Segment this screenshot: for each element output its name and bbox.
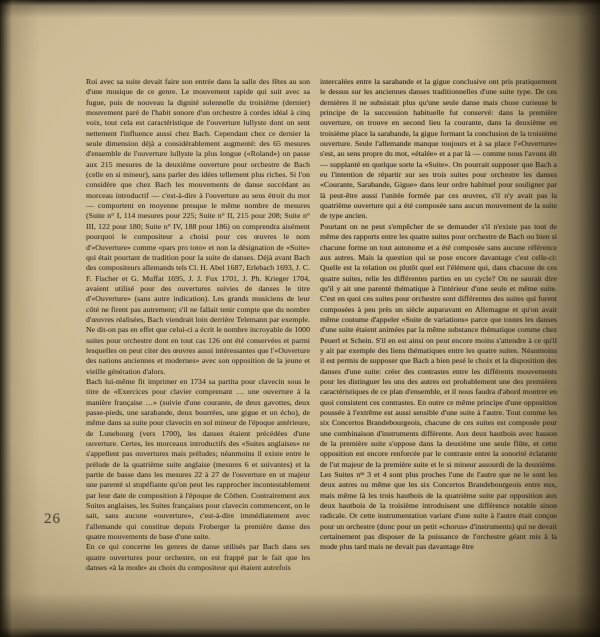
book-page-photo: 26 Roi avec sa suite devait faire son en… bbox=[0, 0, 600, 637]
paragraph: Roi avec sa suite devait faire son entré… bbox=[86, 77, 310, 377]
text-column-left: Roi avec sa suite devait faire son entré… bbox=[86, 77, 310, 574]
paragraph: Bach lui-même fit imprimer en 1734 sa pa… bbox=[86, 377, 310, 543]
page-number: 26 bbox=[44, 511, 61, 528]
text-column-right: intercalées entre la sarabande et la gig… bbox=[320, 77, 557, 553]
paragraph: intercalées entre la sarabande et la gig… bbox=[320, 77, 557, 222]
paragraph: En ce qui concerne les genres de danse u… bbox=[86, 542, 310, 573]
paragraph: Pourtant on ne peut s'empêcher de se dem… bbox=[320, 222, 557, 553]
